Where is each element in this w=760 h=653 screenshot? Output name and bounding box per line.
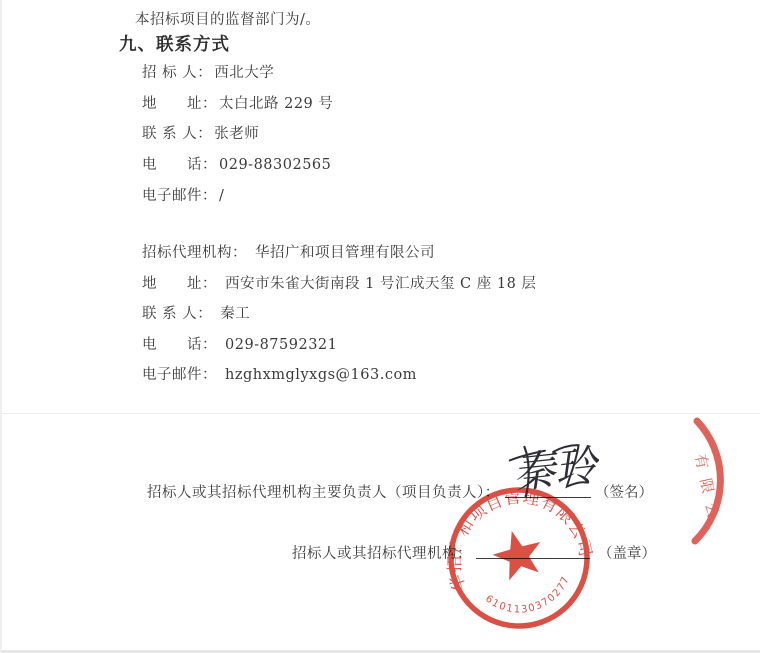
document-page: 本招标项目的监督部门为/。 九、联系方式 招 标 人：西北大学 地 址：太白北路… <box>0 0 760 653</box>
row-value: 西安市朱雀大街南段 1 号汇成天玺 C 座 18 层 <box>225 276 536 292</box>
agency-address-row: 地 址：西安市朱雀大街南段 1 号汇成天玺 C 座 18 层 <box>142 272 536 293</box>
row-value: 029-88302565 <box>219 157 331 173</box>
row-value: hzghxmglyxgs@163.com <box>225 367 417 383</box>
row-label: 联 系 人： <box>142 306 212 322</box>
row-value: 华招广和项目管理有限公司 <box>255 245 435 261</box>
row-label: 招 标 人： <box>142 65 212 81</box>
row-value: 029-87592321 <box>225 337 337 353</box>
row-value: / <box>219 188 224 204</box>
signature-name-text: 秦玲 <box>511 440 599 498</box>
row-label: 电子邮件： <box>142 188 217 204</box>
tenderer-name-row: 招 标 人：西北大学 <box>142 61 274 82</box>
row-value: 秦工 <box>220 306 250 322</box>
row-label: 联 系 人： <box>142 126 212 142</box>
row-label: 地 址： <box>142 96 217 112</box>
supervision-note: 本招标项目的监督部门为/。 <box>135 8 320 29</box>
handwritten-signature: 秦玲 <box>507 438 599 502</box>
stamp-suffix-label: （盖章） <box>598 542 656 563</box>
row-value: 太白北路 229 号 <box>219 96 333 112</box>
section-divider <box>2 413 760 414</box>
seal-number-text: 6101130370277 <box>481 572 578 626</box>
tenderer-contact-row: 联 系 人：张老师 <box>142 122 259 143</box>
svg-text:6101130370277: 6101130370277 <box>481 572 578 626</box>
row-label: 招标代理机构： <box>142 245 247 261</box>
signature-suffix-label: （签名） <box>595 481 653 502</box>
row-value: 张老师 <box>214 126 259 142</box>
agency-phone-row: 电 话：029-87592321 <box>142 333 337 354</box>
agency-contact-row: 联 系 人：秦工 <box>142 302 250 323</box>
agency-name-row: 招标代理机构：华招广和项目管理有限公司 <box>142 241 435 262</box>
row-value: 西北大学 <box>214 65 274 81</box>
row-label: 地 址： <box>142 276 217 292</box>
seal-star-icon <box>488 525 548 583</box>
company-seal: 华招广和项目管理有限公司 6101130370277 <box>445 483 593 633</box>
tenderer-phone-row: 电 话：029-88302565 <box>142 153 331 174</box>
partial-seal-icon: 有限公 <box>665 403 760 563</box>
tenderer-email-row: 电子邮件：/ <box>142 184 224 205</box>
row-label: 电 话： <box>142 337 217 353</box>
section-heading: 九、联系方式 <box>119 31 230 56</box>
row-label: 电子邮件： <box>142 367 217 383</box>
agency-email-row: 电子邮件：hzghxmglyxgs@163.com <box>142 363 417 384</box>
tenderer-address-row: 地 址：太白北路 229 号 <box>142 92 333 113</box>
row-label: 电 话： <box>142 157 217 173</box>
